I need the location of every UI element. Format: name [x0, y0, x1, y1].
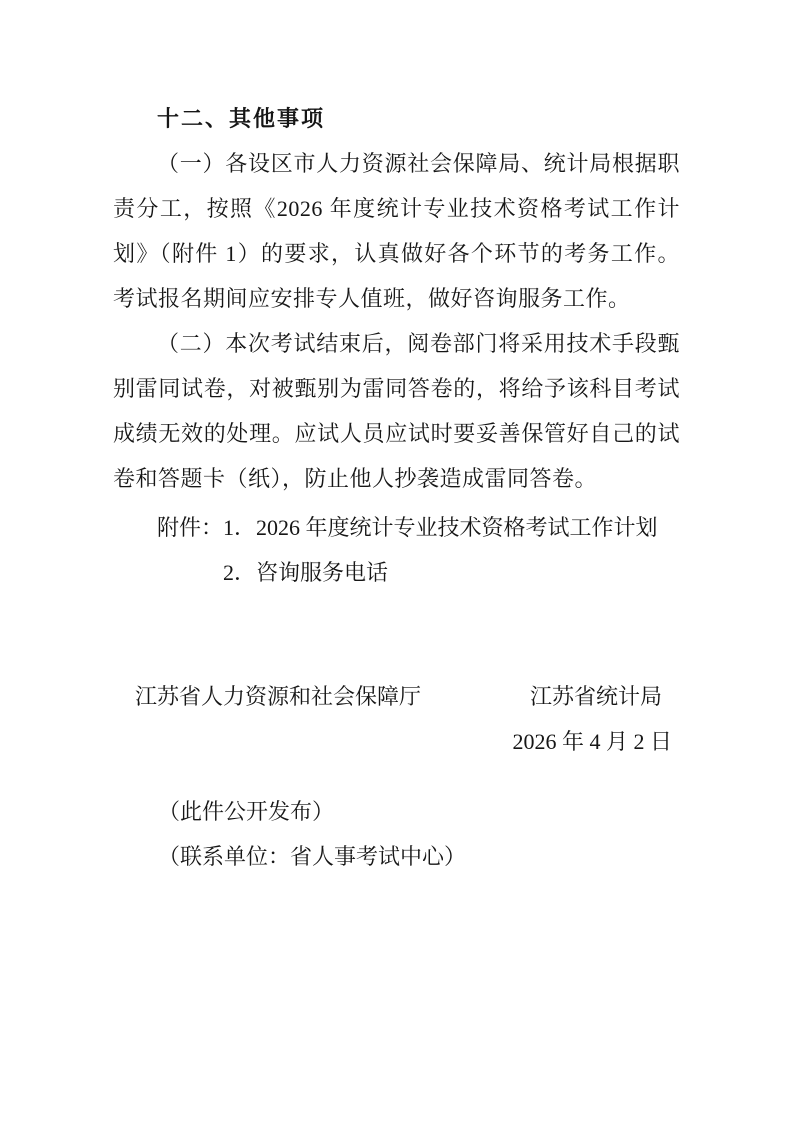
paragraph-identical-papers: （二）本次考试结束后，阅卷部门将采用技术手段甄别雷同试卷，对被甄别为雷同答卷的，…: [113, 321, 680, 501]
issuer-left-org: 江苏省人力资源和社会保障厅: [135, 674, 421, 719]
signature-row: 江苏省人力资源和社会保障厅 江苏省统计局: [113, 674, 680, 719]
public-release-note: （此件公开发布）: [158, 789, 680, 834]
document-page: 十二、其他事项 （一）各设区市人力资源社会保障局、统计局根据职责分工，按照《20…: [0, 0, 794, 1123]
issue-date: 2026 年 4 月 2 日: [113, 719, 672, 764]
paragraph-duties: （一）各设区市人力资源社会保障局、统计局根据职责分工，按照《2026 年度统计专…: [113, 141, 680, 321]
attachments-block: 附件： 1．2026 年度统计专业技术资格考试工作计划 2．咨询服务电话: [157, 505, 680, 595]
document-content: 十二、其他事项 （一）各设区市人力资源社会保障局、统计局根据职责分工，按照《20…: [0, 0, 794, 879]
contact-unit-note: （联系单位：省人事考试中心）: [158, 834, 680, 879]
attachment-item-service-phone: 2．咨询服务电话: [223, 550, 680, 595]
issuer-right-org: 江苏省统计局: [530, 674, 662, 719]
attachment-item-work-plan: 1．2026 年度统计专业技术资格考试工作计划: [223, 505, 680, 550]
section-heading: 十二、其他事项: [157, 96, 680, 141]
attachments-label: 附件：: [157, 505, 223, 550]
attachments-list: 1．2026 年度统计专业技术资格考试工作计划 2．咨询服务电话: [223, 505, 680, 595]
